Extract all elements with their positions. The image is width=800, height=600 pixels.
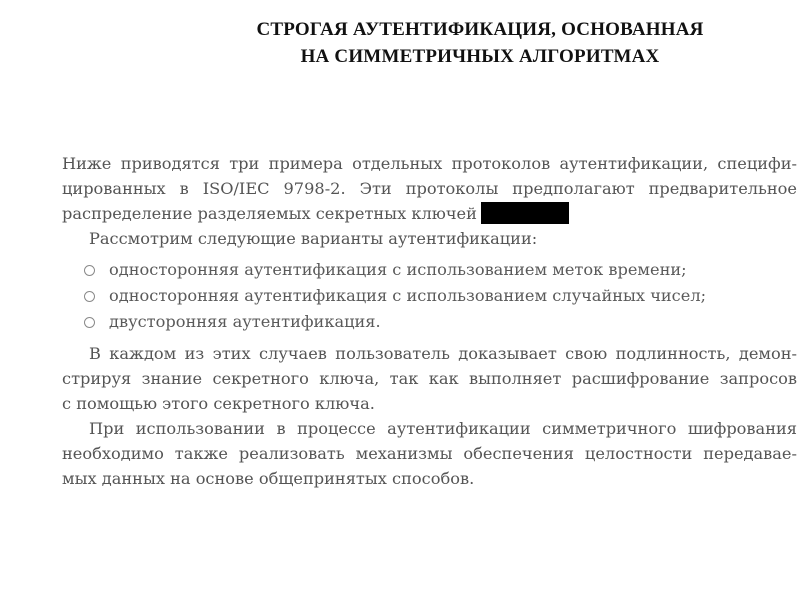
- list-item: односторонняя аутентификация с использов…: [62, 257, 797, 283]
- slide-title: СТРОГАЯ АУТЕНТИФИКАЦИЯ, ОСНОВАННАЯ НА СИ…: [150, 16, 800, 70]
- paragraph3-line-2: необходимо также реализовать механизмы о…: [62, 441, 797, 466]
- hollow-circle-bullet-icon: [84, 265, 95, 276]
- redaction-box: [481, 202, 569, 224]
- consider-line: Рассмотрим следующие варианты аутентифик…: [62, 226, 797, 251]
- paragraph-proof-of-knowledge: В каждом из этих случаев пользователь до…: [62, 341, 797, 416]
- intro-line-3-text: распределение разделяемых секретных ключ…: [62, 204, 477, 223]
- paragraph3-line-1: При использовании в процессе аутентифика…: [62, 416, 797, 441]
- hollow-circle-bullet-icon: [84, 291, 95, 302]
- list-item-text: односторонняя аутентификация с использов…: [109, 257, 687, 283]
- intro-line-1: Ниже приводятся три примера отдельных пр…: [62, 151, 797, 176]
- paragraph2-line-3: с помощью этого секретного ключа.: [62, 391, 797, 416]
- paragraph2-line-2: стрируя знание секретного ключа, так как…: [62, 366, 797, 391]
- intro-paragraph: Ниже приводятся три примера отдельных пр…: [62, 151, 797, 226]
- intro-line-2: цированных в ISO/IEC 9798-2. Эти протоко…: [62, 176, 797, 201]
- paragraph3-line-3: мых данных на основе общепринятых способ…: [62, 466, 797, 491]
- slide-title-line-2: НА СИММЕТРИЧНЫХ АЛГОРИТМАХ: [150, 43, 800, 70]
- list-item: двусторонняя аутентификация.: [62, 309, 797, 335]
- scanned-text-excerpt: Ниже приводятся три примера отдельных пр…: [62, 151, 797, 491]
- authentication-variants-list: односторонняя аутентификация с использов…: [62, 257, 797, 335]
- list-item-text: двусторонняя аутентификация.: [109, 309, 381, 335]
- list-item-text: односторонняя аутентификация с использов…: [109, 283, 706, 309]
- intro-line-3: распределение разделяемых секретных ключ…: [62, 201, 797, 226]
- paragraph2-line-1: В каждом из этих случаев пользователь до…: [62, 341, 797, 366]
- slide-title-line-1: СТРОГАЯ АУТЕНТИФИКАЦИЯ, ОСНОВАННАЯ: [150, 16, 800, 43]
- list-item: односторонняя аутентификация с использов…: [62, 283, 797, 309]
- hollow-circle-bullet-icon: [84, 317, 95, 328]
- paragraph-integrity: При использовании в процессе аутентифика…: [62, 416, 797, 491]
